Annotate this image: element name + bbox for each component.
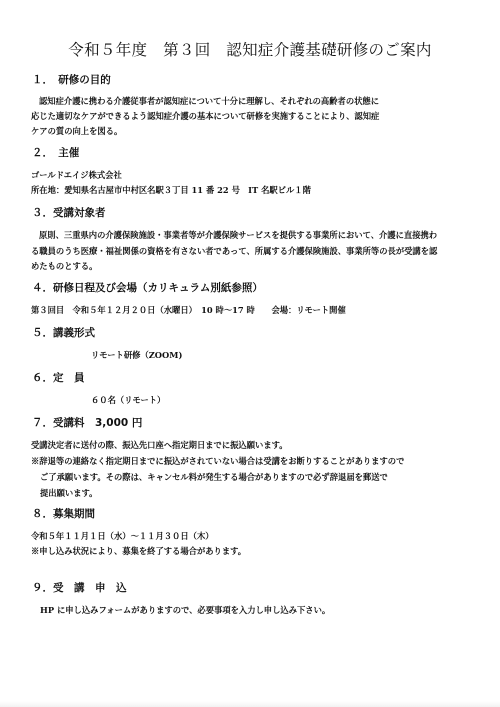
- fee-line-4: 提出願います。: [40, 487, 97, 499]
- section-3-line-3: めたものとする。: [31, 260, 97, 272]
- document-title: 令和５年度 第３回 認知症介護基礎研修のご案内: [0, 38, 500, 60]
- schedule-line: 第３回目 令和５年１２月２０日（水曜日） 10 時～17 時 会場：リモート開催: [31, 304, 346, 316]
- capacity-value: ６０名（リモート）: [91, 394, 165, 406]
- lecture-format: リモート研修（ZOOM): [91, 349, 182, 361]
- section-1-line-1: 認知症介護に携わる介護従事者が認知症について十分に理解し、それぞれの高齢者の状態…: [39, 95, 379, 107]
- section-2-heading: ２． 主催: [32, 145, 79, 160]
- section-3-line-2: る職員のうち医療・福祉関係の資格を有さない者であって、所属する介護保険施設、事業…: [31, 245, 437, 257]
- section-1-line-2: 応じた適切なケアができるよう認知症介護の基本について研修を実施することにより、認…: [31, 110, 379, 122]
- application-instruction: HP に申し込みフォームがありますので、必要事項を入力し申し込み下さい。: [40, 604, 330, 616]
- section-3-heading: ３．受講対象者: [32, 205, 106, 220]
- recruit-note: ※申し込み状況により、募集を終了する場合があります。: [31, 545, 246, 557]
- page-bottom-edge: [0, 701, 500, 707]
- fee-line-1: 受講決定者に送付の際、振込先口座へ指定期日までに振込願います。: [31, 439, 288, 451]
- section-6-heading: ６．定 員: [32, 370, 85, 385]
- section-4-heading: ４．研修日程及び会場（カリキュラム別紙参照）: [32, 280, 263, 295]
- section-7-heading: ７．受講料 3,000 円: [32, 415, 142, 430]
- section-5-heading: ５．講義形式: [32, 325, 95, 340]
- fee-line-2: ※辞退等の連絡なく指定期日までに振込がされていない場合は受講をお断りすることがあ…: [31, 455, 404, 467]
- document-page: 令和５年度 第３回 認知症介護基礎研修のご案内 １． 研修の目的 認知症介護に携…: [0, 0, 500, 707]
- recruit-period: 令和５年１１月１日（水）～１１月３０日（木）: [31, 530, 214, 542]
- section-9-heading: ９．受 講 申 込: [32, 580, 127, 595]
- section-3-line-1: 原則、三重県内の介護保険施設・事業者等が介護保険サービスを提供する事業所において…: [39, 229, 437, 241]
- organizer-address: 所在地：愛知県名古屋市中村区名駅３丁目 11 番 22 号 IT 名駅ビル１階: [31, 184, 311, 196]
- section-8-heading: ８．募集期間: [32, 506, 95, 521]
- section-1-line-3: ケアの質の向上を図る。: [31, 125, 122, 137]
- fee-line-3: ご了承願います。その際は、キャンセル料が発生する場合がありますので必ず辞退届を郵…: [40, 471, 388, 483]
- section-1-heading: １． 研修の目的: [32, 72, 111, 87]
- organizer-name: ゴールドエイジ株式会社: [31, 169, 122, 181]
